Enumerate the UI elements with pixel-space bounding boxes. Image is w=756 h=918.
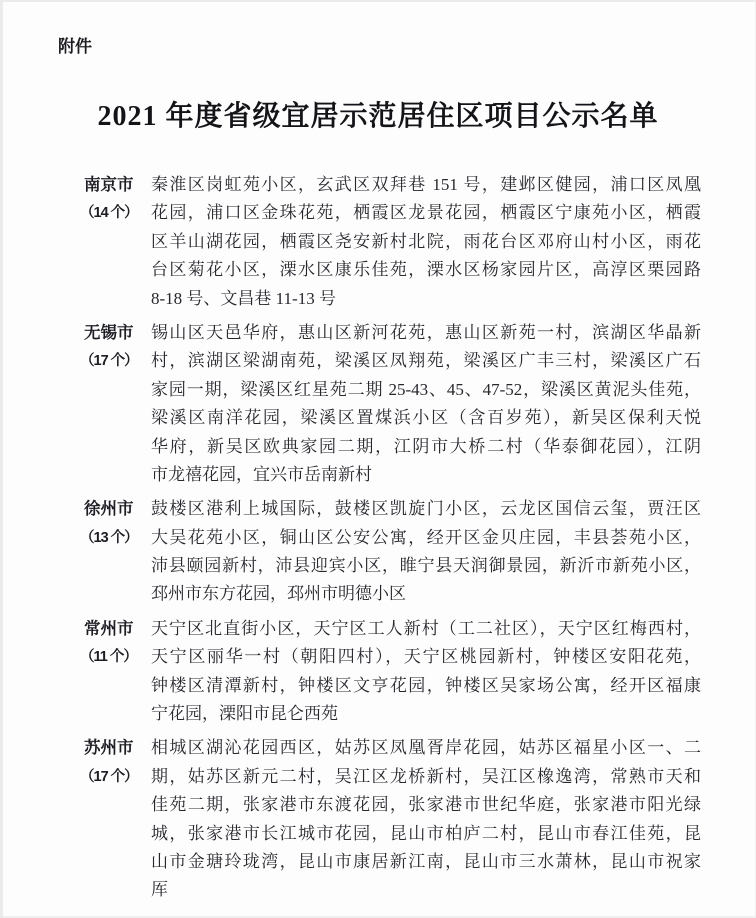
project-line: 村，滨湖区梁湖南苑，梁溪区凤翔苑，梁溪区广丰三村，梁溪区广石 xyxy=(151,347,701,375)
project-line: 台区菊花小区，溧水区康乐佳苑，溧水区杨家园片区，高淳区栗园路 xyxy=(151,256,701,284)
project-list: 秦淮区岗虹苑小区，玄武区双拜巷 151 号，建邺区健园，浦口区凤凰花园，浦口区金… xyxy=(151,171,701,313)
project-line: 区羊山湖花园，栖霞区尧安新村北院，雨花台区邓府山村小区，雨花 xyxy=(151,228,701,256)
city-section: 苏州市（17 个）相城区湖沁花园西区，姑苏区凤凰胥岸花园，姑苏区福星小区一、二期… xyxy=(84,734,701,904)
project-list: 相城区湖沁花园西区，姑苏区凤凰胥岸花园，姑苏区福星小区一、二期，姑苏区新元二村，… xyxy=(151,734,701,904)
page-title: 2021 年度省级宜居示范居住区项目公示名单 xyxy=(0,94,756,134)
city-count: （17 个） xyxy=(80,347,151,375)
city-section: 无锡市（17 个）锡山区天邑华府，惠山区新河花苑，惠山区新苑一村，滨湖区华晶新村… xyxy=(84,319,701,489)
project-line: 厍 xyxy=(151,876,701,904)
project-line: 华府，新吴区欧典家园二期，江阴市大桥二村（华泰御花园），江阴 xyxy=(151,433,701,461)
project-line: 鼓楼区港利上城国际，鼓楼区凯旋门小区，云龙区国信云玺，贾汪区 xyxy=(151,495,701,523)
city-list: 南京市（14 个）秦淮区岗虹苑小区，玄武区双拜巷 151 号，建邺区健园，浦口区… xyxy=(84,171,701,911)
city-name: 南京市 xyxy=(84,171,151,199)
city-section: 南京市（14 个）秦淮区岗虹苑小区，玄武区双拜巷 151 号，建邺区健园，浦口区… xyxy=(84,171,701,313)
city-section: 徐州市（13 个）鼓楼区港利上城国际，鼓楼区凯旋门小区，云龙区国信云玺，贾汪区大… xyxy=(84,495,701,609)
city-name: 常州市 xyxy=(84,615,151,643)
project-line: 佳苑二期，张家港市东渡花园，张家港市世纪华庭，张家港市阳光绿 xyxy=(151,791,701,819)
city-name: 无锡市 xyxy=(84,319,151,347)
project-list: 锡山区天邑华府，惠山区新河花苑，惠山区新苑一村，滨湖区华晶新村，滨湖区梁湖南苑，… xyxy=(151,319,701,489)
city-label-group: 苏州市（17 个） xyxy=(84,734,151,791)
project-line: 秦淮区岗虹苑小区，玄武区双拜巷 151 号，建邺区健园，浦口区凤凰 xyxy=(151,171,701,199)
document-page: 附件 2021 年度省级宜居示范居住区项目公示名单 南京市（14 个）秦淮区岗虹… xyxy=(0,0,756,918)
city-section: 常州市（11 个）天宁区北直街小区，天宁区工人新村（工二社区），天宁区红梅西村，… xyxy=(84,615,701,729)
project-line: 邳州市东方花园，邳州市明德小区 xyxy=(151,580,701,608)
city-name: 徐州市 xyxy=(84,495,151,523)
project-line: 大吴花苑小区，铜山区公安公寓，经开区金贝庄园，丰县荟苑小区， xyxy=(151,524,701,552)
city-label-group: 南京市（14 个） xyxy=(84,171,151,228)
project-line: 天宁区北直街小区，天宁区工人新村（工二社区），天宁区红梅西村， xyxy=(151,615,701,643)
project-list: 鼓楼区港利上城国际，鼓楼区凯旋门小区，云龙区国信云玺，贾汪区大吴花苑小区，铜山区… xyxy=(151,495,701,609)
project-line: 梁溪区南洋花园，梁溪区置煤浜小区（含百岁苑），新吴区保利天悦 xyxy=(151,404,701,432)
project-line: 家园一期，梁溪区红星苑二期 25-43、45、47-52，梁溪区黄泥头佳苑， xyxy=(151,376,701,404)
project-line: 8-18 号、文昌巷 11-13 号 xyxy=(151,285,701,313)
project-line: 相城区湖沁花园西区，姑苏区凤凰胥岸花园，姑苏区福星小区一、二 xyxy=(151,734,701,762)
project-line: 花园，浦口区金珠花苑，栖霞区龙景花园，栖霞区宁康苑小区，栖霞 xyxy=(151,199,701,227)
project-line: 期，姑苏区新元二村，吴江区龙桥新村，吴江区橡逸湾，常熟市天和 xyxy=(151,763,701,791)
city-count: （11 个） xyxy=(80,643,151,671)
city-label-group: 常州市（11 个） xyxy=(84,615,151,672)
project-line: 市龙禧花园，宜兴市岳南新村 xyxy=(151,461,701,489)
project-line: 沛县颐园新村，沛县迎宾小区，睢宁县天润御景园，新沂市新苑小区， xyxy=(151,552,701,580)
project-line: 天宁区丽华一村（朝阳四村），天宁区桃园新村，钟楼区安阳花苑， xyxy=(151,643,701,671)
project-list: 天宁区北直街小区，天宁区工人新村（工二社区），天宁区红梅西村，天宁区丽华一村（朝… xyxy=(151,615,701,729)
project-line: 宁花园，溧阳市昆仑西苑 xyxy=(151,700,701,728)
project-line: 钟楼区清潭新村，钟楼区文亨花园，钟楼区吴家场公寓，经开区福康 xyxy=(151,672,701,700)
project-line: 锡山区天邑华府，惠山区新河花苑，惠山区新苑一村，滨湖区华晶新 xyxy=(151,319,701,347)
city-count: （13 个） xyxy=(80,524,151,552)
city-count: （14 个） xyxy=(80,199,151,227)
attachment-label: 附件 xyxy=(58,32,92,57)
city-label-group: 无锡市（17 个） xyxy=(84,319,151,376)
city-label-group: 徐州市（13 个） xyxy=(84,495,151,552)
city-name: 苏州市 xyxy=(84,734,151,762)
project-line: 山市金瑭玲珑湾，昆山市康居新江南，昆山市三水萧林，昆山市祝家 xyxy=(151,848,701,876)
project-line: 城，张家港市长江城市花园，昆山市柏庐二村，昆山市春江佳苑，昆 xyxy=(151,820,701,848)
city-count: （17 个） xyxy=(80,763,151,791)
